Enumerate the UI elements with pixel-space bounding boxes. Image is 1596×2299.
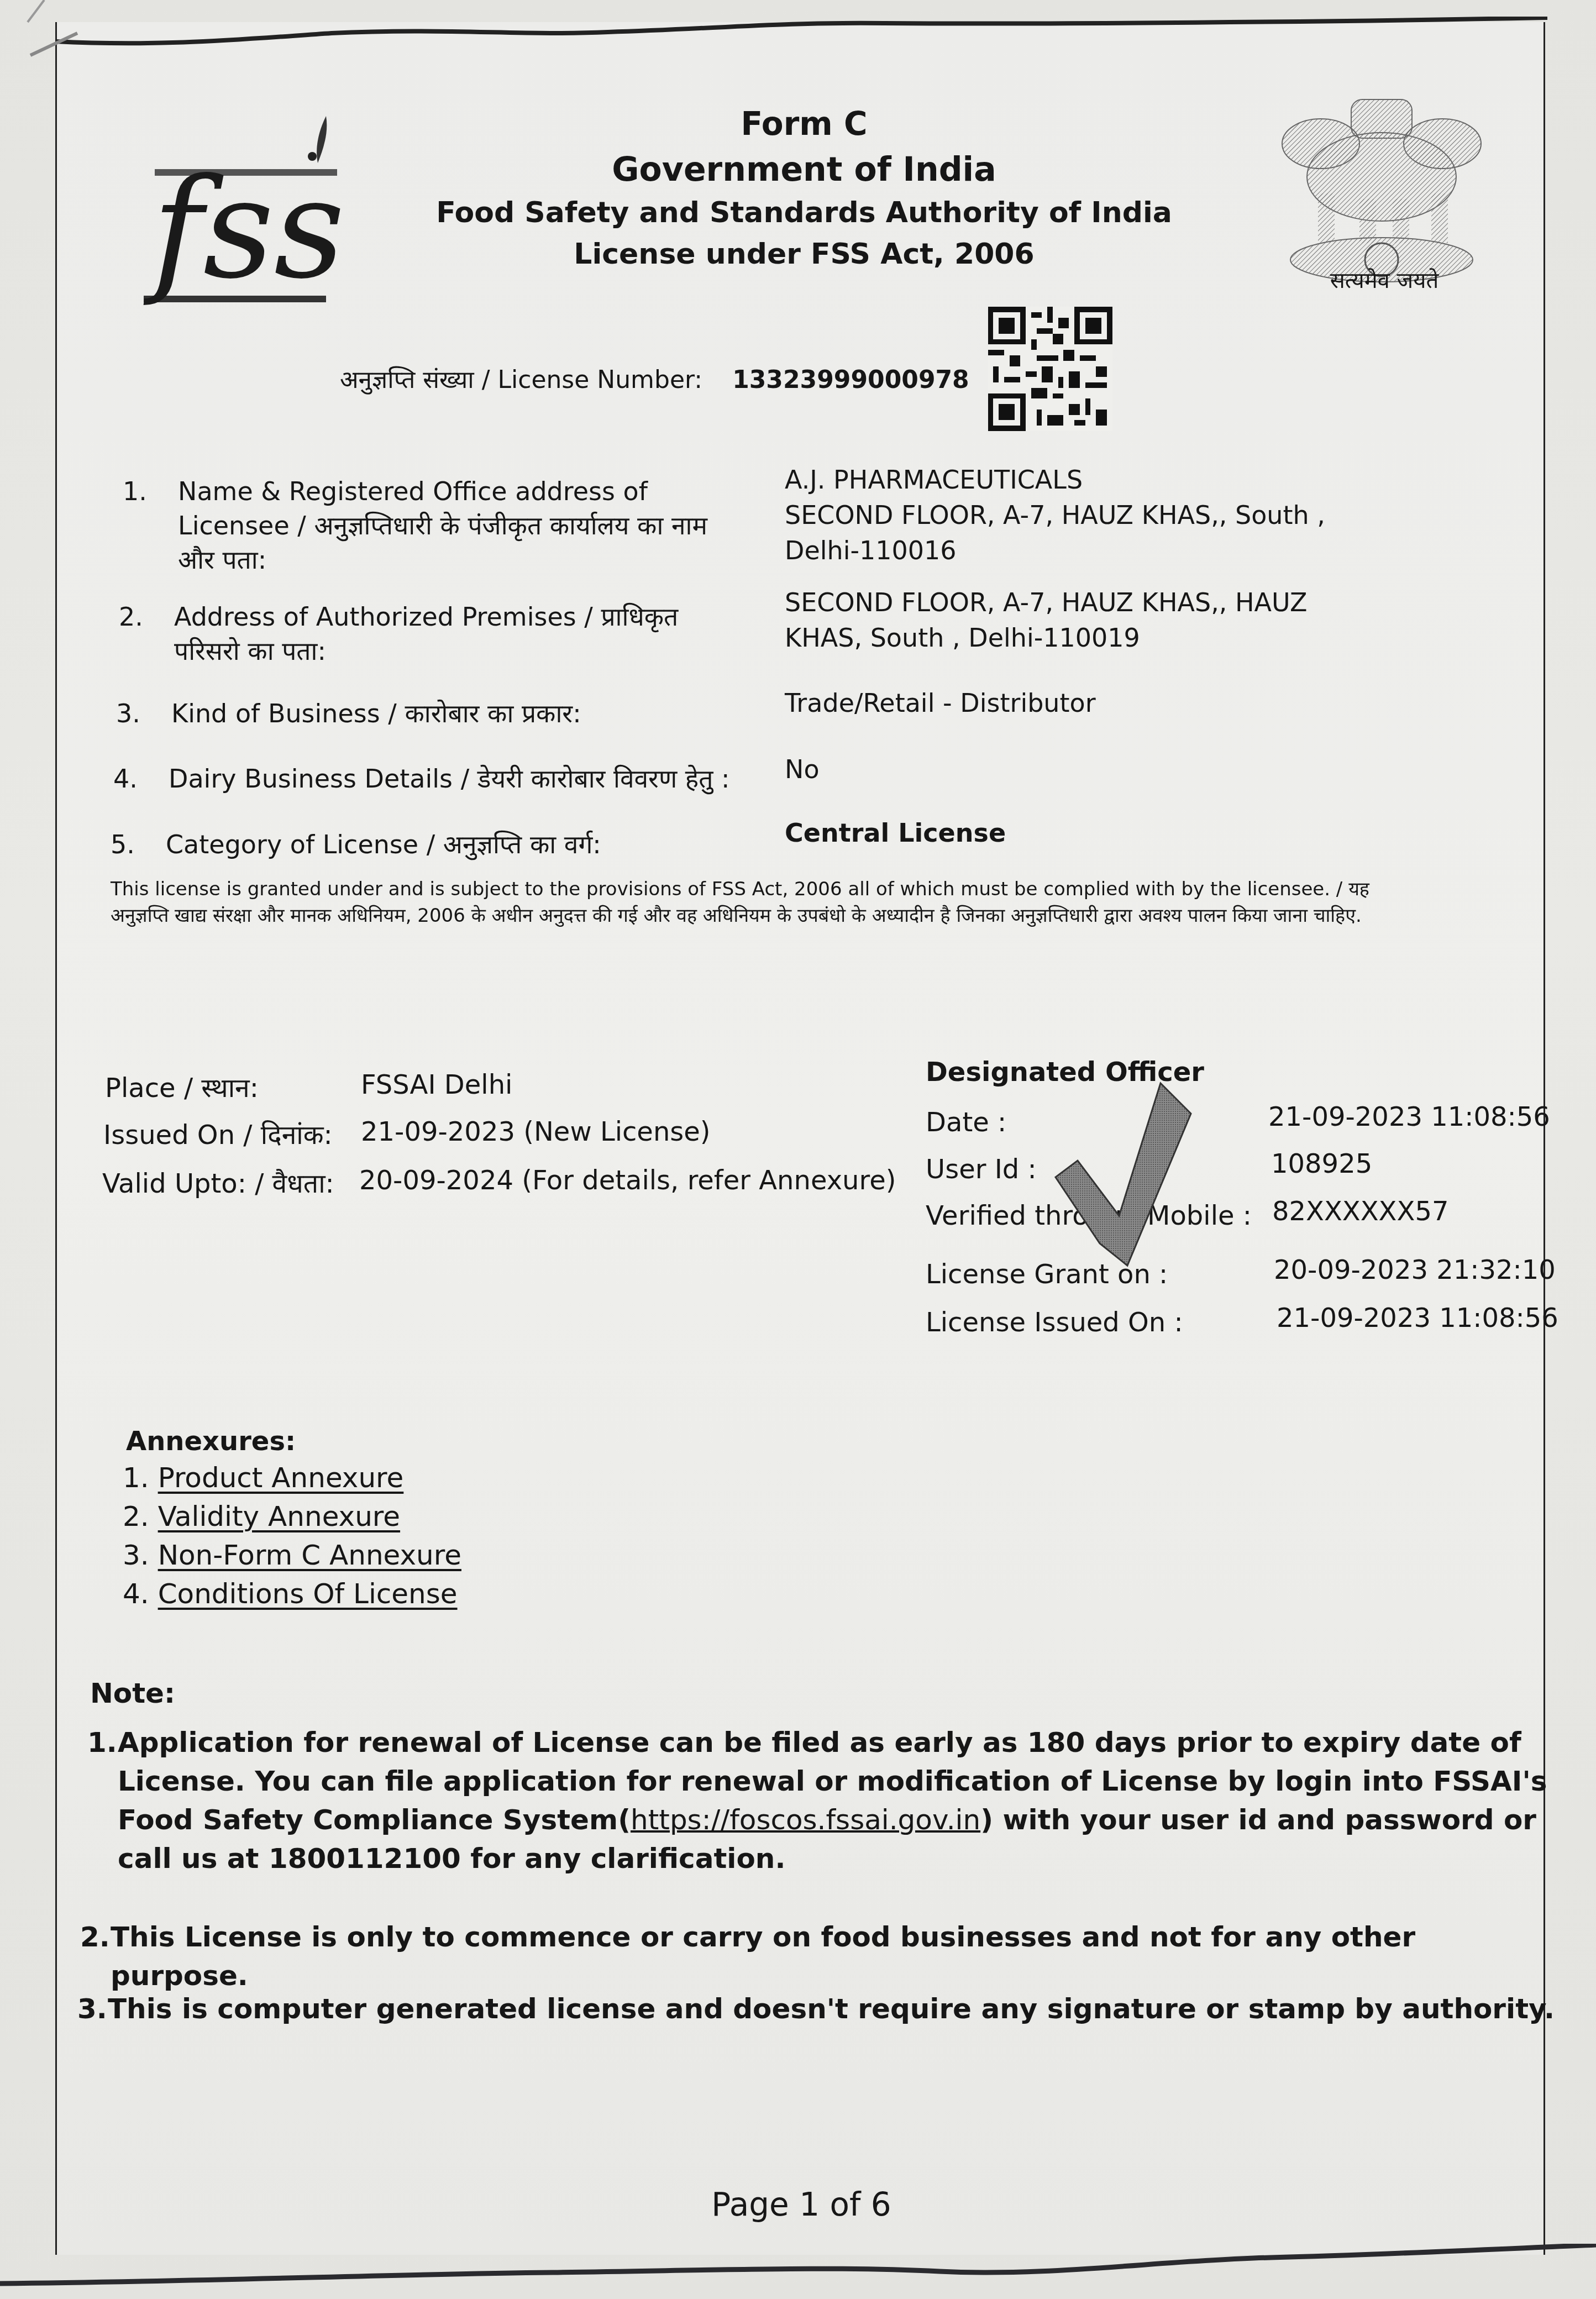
license-number-row: अनुज्ञप्ति संख्या / License Number: 1332… (340, 362, 969, 395)
authority-title: Food Safety and Standards Authority of I… (431, 196, 1177, 229)
product-annexure-link[interactable]: Product Annexure (158, 1462, 404, 1494)
validity-annexure-link[interactable]: Validity Annexure (158, 1500, 400, 1532)
category-of-license-value: Central License (785, 815, 1337, 851)
page-number: Page 1 of 6 (608, 2186, 995, 2223)
government-title: Government of India (431, 150, 1177, 189)
licensee-name-value: A.J. PHARMACEUTICALS SECOND FLOOR, A-7, … (785, 462, 1337, 568)
premises-address-value: SECOND FLOOR, A-7, HAUZ KHAS,, HAUZ KHAS… (785, 585, 1337, 655)
paper-edge-top (55, 17, 1547, 61)
act-title: License under FSS Act, 2006 (431, 238, 1177, 271)
staple-icon (22, 0, 88, 61)
paper-edge-bottom (0, 2244, 1596, 2299)
fssai-logo-icon: fssai (127, 111, 348, 315)
field-label: Address of Authorized Premises / प्राधिक… (174, 600, 705, 668)
note-title: Note: (90, 1677, 175, 1709)
emblem-motto: सत्यमेव जयते (1282, 264, 1487, 295)
field-label: Category of License / अनुज्ञप्ति का वर्ग… (166, 827, 746, 862)
form-title: Form C (431, 105, 1177, 143)
valid-upto-value: 20-09-2024 (For details, refer Annexure) (359, 1165, 896, 1196)
non-form-c-annexure-link[interactable]: Non-Form C Annexure (158, 1539, 461, 1571)
field-label: Dairy Business Details / डेयरी कारोबार व… (169, 762, 749, 796)
license-number-label: अनुज्ञप्ति संख्या / License Number: (340, 366, 702, 394)
license-disclaimer: This license is granted under and is sub… (111, 876, 1382, 929)
verified-checkmark-icon (1044, 1078, 1232, 1277)
annexure-item: 4. Conditions Of License (123, 1578, 458, 1610)
issued-on-value: 21-09-2023 (New License) (361, 1116, 711, 1147)
annexure-item: 3. Non-Form C Annexure (123, 1539, 461, 1571)
license-number: 13323999000978 (732, 366, 969, 394)
annexures-title: Annexures: (126, 1426, 296, 1457)
annexure-item: 1. Product Annexure (123, 1462, 403, 1494)
foscos-link[interactable]: https://foscos.fssai.gov.in (631, 1804, 980, 1836)
dairy-business-value: No (785, 752, 1337, 787)
conditions-of-license-link[interactable]: Conditions Of License (158, 1578, 458, 1610)
field-label: Kind of Business / कारोबार का प्रकार: (171, 696, 752, 731)
annexure-item: 2. Validity Annexure (123, 1500, 400, 1532)
field-label: Name & Registered Office address of Lice… (178, 474, 731, 577)
kind-of-business-value: Trade/Retail - Distributor (785, 685, 1337, 721)
national-emblem-icon (1277, 94, 1487, 287)
qr-code-icon[interactable] (986, 307, 1114, 431)
place-value: FSSAI Delhi (361, 1069, 512, 1100)
svg-text:fssai: fssai (143, 148, 348, 309)
